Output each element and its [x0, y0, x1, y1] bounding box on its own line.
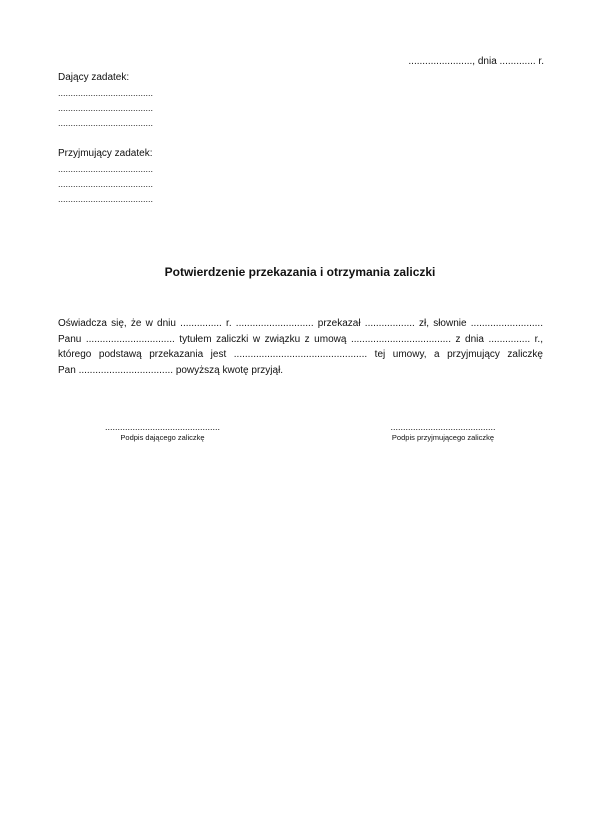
receiver-label: Przyjmujący zadatek: — [58, 146, 153, 161]
declaration-line-1: Oświadcza się, że w dniu ...............… — [58, 316, 543, 332]
giver-section: Dający zadatek: ........................… — [58, 70, 153, 131]
giver-label: Dający zadatek: — [58, 70, 153, 85]
giver-signature-line: ........................................… — [95, 422, 230, 432]
receiver-signature-caption: Podpis przyjmującego zaliczkę — [382, 433, 504, 442]
giver-line-3: ...................................... — [58, 116, 153, 131]
declaration-paragraph: Oświadcza się, że w dniu ...............… — [58, 316, 543, 378]
giver-line-1: ...................................... — [58, 86, 153, 101]
receiver-section: Przyjmujący zadatek: ...................… — [58, 146, 153, 207]
declaration-line-4: Pan .................................. p… — [58, 363, 543, 379]
document-title: Potwierdzenie przekazania i otrzymania z… — [0, 265, 600, 279]
receiver-signature: ........................................… — [382, 422, 504, 442]
giver-line-2: ...................................... — [58, 101, 153, 116]
receiver-line-3: ...................................... — [58, 192, 153, 207]
receiver-line-1: ...................................... — [58, 162, 153, 177]
giver-signature-caption: Podpis dającego zaliczkę — [95, 433, 230, 442]
declaration-line-3: którego podstawą przekazania jest ......… — [58, 347, 543, 363]
giver-signature: ........................................… — [95, 422, 230, 442]
declaration-line-2: Panu ................................ ty… — [58, 332, 543, 348]
receiver-signature-line: ........................................… — [382, 422, 504, 432]
receiver-line-2: ...................................... — [58, 177, 153, 192]
place-and-date-line: ......................., dnia ..........… — [408, 56, 544, 67]
